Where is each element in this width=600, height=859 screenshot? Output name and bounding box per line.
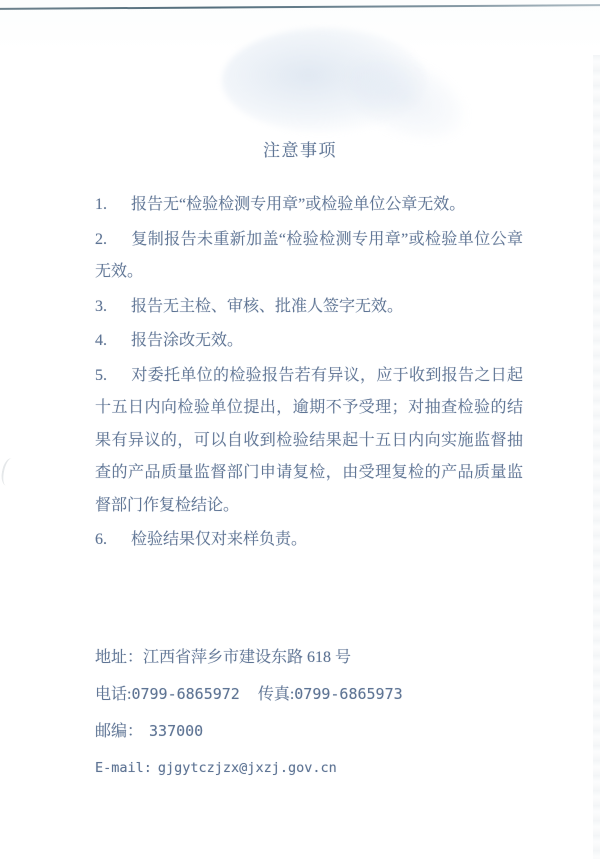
item-number: 5.	[95, 360, 131, 393]
contact-info: 地址：江西省萍乡市建设东路 618 号 电话:0799-6865972传真:07…	[95, 640, 535, 786]
address-value: 江西省萍乡市建设东路 618 号	[143, 649, 351, 666]
scan-right-edge-artifact	[593, 55, 600, 859]
notice-item-5: 5.对委托单位的检验报告若有异议，应于收到报告之日起十五日内向检验单位提出，逾期…	[95, 360, 523, 523]
scan-left-smudge	[0, 457, 19, 487]
address-label: 地址：	[95, 649, 143, 666]
phone-value: 0799-6865972	[131, 685, 239, 703]
item-text: 报告无“检验检测专用章”或检验单位公章无效。	[131, 196, 465, 213]
item-number: 2.	[95, 224, 131, 257]
notice-item-2: 2.复制报告未重新加盖“检验检测专用章”或检验单位公章无效。	[95, 224, 523, 289]
notice-item-1: 1.报告无“检验检测专用章”或检验单位公章无效。	[95, 189, 523, 222]
notice-item-4: 4.报告涂改无效。	[95, 325, 523, 358]
phone-label: 电话:	[95, 686, 131, 703]
fax-value: 0799-6865973	[294, 685, 402, 703]
item-text: 报告无主检、审核、批准人签字无效。	[131, 298, 403, 315]
fax-label: 传真:	[258, 686, 294, 703]
email-value: gjgytczjzx@jxzj.gov.cn	[158, 760, 337, 776]
email-line: E-mail:gjgytczjzx@jxzj.gov.cn	[95, 750, 535, 786]
item-text: 报告涂改无效。	[131, 332, 243, 349]
postcode-line: 邮编：337000	[95, 713, 535, 750]
notice-list: 1.报告无“检验检测专用章”或检验单位公章无效。 2.复制报告未重新加盖“检验检…	[95, 189, 523, 559]
page-title: 注意事项	[0, 136, 600, 161]
postcode-value: 337000	[149, 722, 203, 740]
notice-item-3: 3.报告无主检、审核、批准人签字无效。	[95, 291, 523, 324]
phone-fax-line: 电话:0799-6865972传真:0799-6865973	[95, 676, 535, 713]
address-line: 地址：江西省萍乡市建设东路 618 号	[95, 640, 535, 676]
item-number: 1.	[95, 189, 131, 222]
item-text: 对委托单位的检验报告若有异议，应于收到报告之日起十五日内向检验单位提出，逾期不予…	[95, 367, 523, 514]
scan-edge-line	[0, 4, 600, 10]
item-text: 复制报告未重新加盖“检验检测专用章”或检验单位公章无效。	[95, 231, 523, 281]
item-number: 6.	[95, 524, 131, 557]
notice-item-6: 6.检验结果仅对来样负责。	[95, 524, 523, 557]
item-number: 3.	[95, 291, 131, 324]
item-number: 4.	[95, 325, 131, 358]
scanned-document-page: 注意事项 1.报告无“检验检测专用章”或检验单位公章无效。 2.复制报告未重新加…	[0, 0, 600, 859]
postcode-label: 邮编：	[95, 723, 143, 740]
item-text: 检验结果仅对来样负责。	[131, 531, 307, 548]
email-label: E-mail:	[95, 760, 152, 776]
